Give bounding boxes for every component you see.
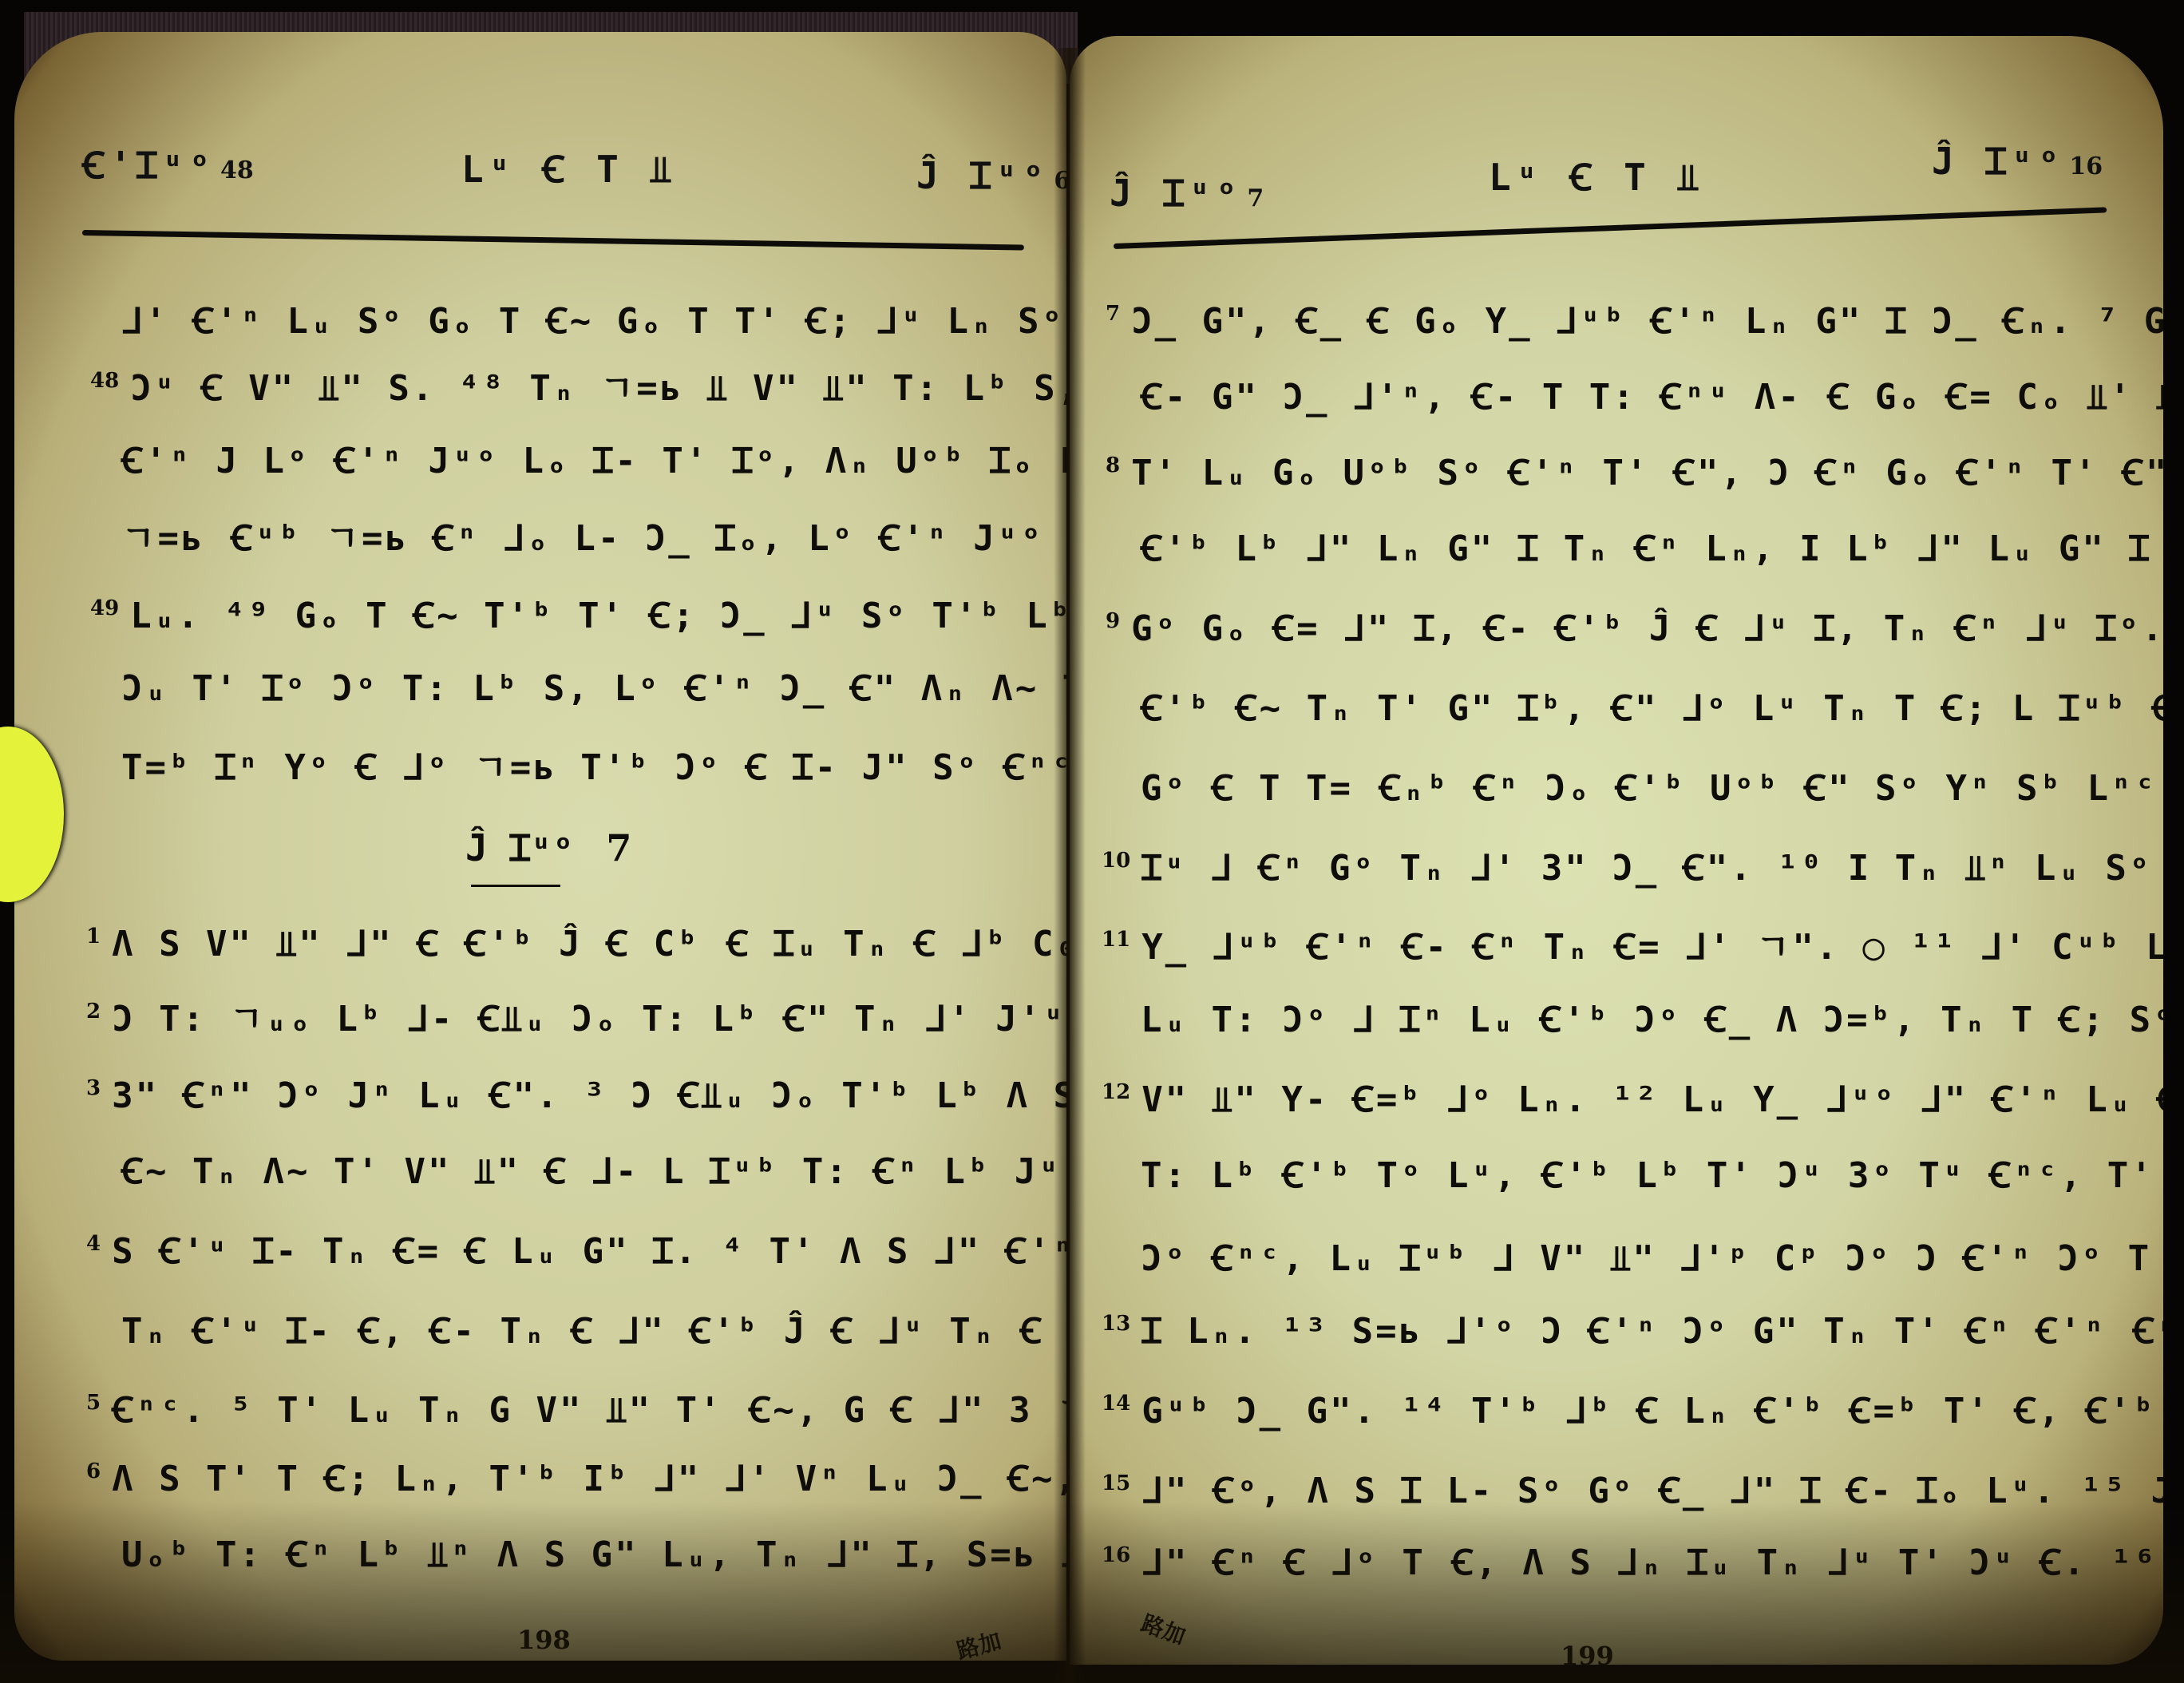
running-head-left: Ꞓ'Ɪᵘᵒ48 <box>82 140 254 189</box>
running-head-glyphs: Ĵ Ɪᵘᵒ <box>916 154 1049 197</box>
running-title: Lᵘ Ꞓ T ⫫ <box>1489 152 1703 201</box>
verse-line: 12V" ⫫" Y- Ꞓ=ᵇ ᒧᵒ Lₙ. ¹² Lᵤ Y_ ꟒ᒧᵘᵒ ᒧ" Ꞓ… <box>1102 1074 2163 1122</box>
verse-line: Lᵤ T: Ɔᵒ ᒧ Ɪⁿ Lᵤ Ꞓ'ᵇ Ɔᵒ Ꞓ_ Λ Ɔ=ᵇ, Tₙ T Ꞓ… <box>1130 994 2163 1042</box>
verse-line: Gᵒ Ꞓ T T= ꟒Ꞓₙᵇ Ꞓⁿ Ɔₒ Ꞓ'ᵇ Uᵒᵇ Ꞓ" Sᵒ Yⁿ Sᵇ… <box>1130 762 2163 810</box>
verse-line: 14Gᵘᵇ Ɔ_ G". ¹⁴ T'ᵇ ᒧᵇ Ꞓ Lₙ Ꞓ'ᵇ Ꞓ=ᵇ T' Ꞓ… <box>1102 1385 2163 1433</box>
verse-line: Ꞓ'ᵇ Lᵇ ᒧ" Lₙ G" Ɪ Tₙ Ꞓⁿ Lₙ, I Lᵇ ᒧ" Lᵤ G… <box>1130 523 2163 571</box>
running-head-glyphs: Ĵ Ɪᵘᵒ <box>1110 172 1242 215</box>
chapter-heading-rule <box>471 885 560 887</box>
left-page: Ꞓ'Ɪᵘᵒ48 Lᵘ Ꞓ T ⫫ Ĵ Ɪᵘᵒ6 ᒧ' Ꞓ'ⁿ Lᵤ Sᵒ Gₒ … <box>14 32 1066 1661</box>
verse-line: 4S Ꞓ'ᵘ Ɪ- Tₙ Ꞓ= Ꞓ Lᵤ G" Ɪ. ⁴ T' Λ S ᒧ" Ꞓ… <box>86 1226 1066 1273</box>
running-head-glyphs: Ꞓ'Ɪᵘᵒ <box>82 144 216 187</box>
text-line: T=ᵇ Ɪⁿ Yᵒ Ꞓ ᒧᵒ ㄱ=ь T'ᵇ Ɔᵒ Ꞓ Ɪ- J" Sᵒ Ꞓⁿᶜ… <box>110 739 1066 790</box>
running-head-left: Ĵ Ɪᵘᵒ7 <box>1110 168 1264 217</box>
book-gutter <box>1054 48 1086 1683</box>
page-bottom-shadow <box>0 1501 2184 1683</box>
running-head-right: Ĵ Ɪᵘᵒ16 <box>1932 136 2103 185</box>
right-page: Ĵ Ɪᵘᵒ7 Lᵘ Ꞓ T ⫫ Ĵ Ɪᵘᵒ16 7Ɔ_ G", Ꞓ_ Ꞓ Gₒ … <box>1070 36 2163 1665</box>
verse-line: 6Λ S T' T Ꞓ; Lₙ, T'ᵇ Iᵇ ᒧ" ᒧ' Vⁿ Lᵤ Ɔ_ Ꞓ… <box>86 1453 1066 1501</box>
chapter-heading-glyphs: Ĵ Ɪᵘᵒ <box>465 826 574 869</box>
verse-line: Tₙ Ꞓ'ᵘ Ɪ- ꟒Ꞓ, Ꞓ- Tₙ Ꞓ ᒧ" Ꞓ'ᵇ Ĵ Ꞓ ᒧᵘ Tₙ Ꞓ… <box>110 1305 1066 1353</box>
verse-line: 2Ɔ T: ㄱᵤₒ Lᵇ ᒧ- Ꞓ⫫ᵤ Ɔₒ T: Lᵇ Ꞓ" Tₙ ᒧ' J'… <box>86 990 1066 1041</box>
verse-line: 33" Ꞓⁿ" Ɔᵒ Jⁿ Lᵤ Ꞓ". ³ Ɔ Ꞓ⫫ᵤ Ɔₒ T'ᵇ Lᵇ Λ… <box>86 1070 1066 1118</box>
running-head-number: 16 <box>2069 152 2103 180</box>
verse-line: 8T' Lᵤ Gₒ Uᵒᵇ Sᵒ Ꞓ'ⁿ T' Ꞓ", Ɔ Ꞓⁿ Gₒ Ꞓ'ⁿ … <box>1106 447 2163 495</box>
verse-line: 11Y_ ᒧᵘᵇ Ꞓ'ⁿ Ꞓ- Ꞓⁿ Tₙ Ꞓ= ᒧ' ㄱ". ◯ ¹¹ ᒧ' … <box>1102 918 2163 969</box>
verse-line: 10Ɪᵘ ᒧ Ꞓⁿ Gᵒ Tₙ ᒧ' 3" Ɔ_ Ꞓ". ¹⁰ I Tₙ ⫫ⁿ … <box>1102 842 2163 890</box>
verse-line: Ꞓ'ᵇ Ꞓ~ Tₙ T' G" Ɪᵇ, Ꞓ" ᒧᵒ Lᵘ Tₙ T Ꞓ; L Ɪ… <box>1130 683 2163 731</box>
text-line: ㄱ=ь ꟒Ꞓᵘᵇ ㄱ=ь Ꞓⁿ ᒧₒ L- Ɔ_ Ɪₒ, Lᵒ Ꞓ'ⁿ Jᵘᵒ … <box>110 509 1066 560</box>
verse-line: Ꞓ~ Tₙ Λ~ T' V" ⫫" Ꞓ ᒧ- L Ɪᵘᵇ T: Ꞓⁿ Lᵇ Jᵘ… <box>110 1146 1066 1194</box>
text-line: Ꞓ'ⁿ J Lᵒ Ꞓ'ⁿ Jᵘᵒ Lₒ Ɪ- T' Ɪᵒ, Λₙ Uᵒᵇ Ɪₒ … <box>110 435 1066 483</box>
verse-line: 9Gᵒ Gₒ Ꞓ= ᒧ" Ɪ, Ꞓ- Ꞓ'ᵇ Ĵ Ꞓ ᒧᵘ Ɪ, Tₙ Ꞓⁿ ᒧ… <box>1106 603 2163 651</box>
book-title-glyphs: Lᵘ Ꞓ T ⫫ <box>461 148 675 191</box>
verse-line: 1Λ S V" ⫫" ᒧ" Ꞓ Ꞓ'ᵇ Ĵ Ꞓ Cᵇ ꟒Ꞓ Ɪᵤ Tₙ Ꞓ ᒧᵇ… <box>86 918 1066 966</box>
header-rule <box>82 230 1024 251</box>
verse-line: 5Ꞓⁿᶜ. ⁵ T' Lᵤ Tₙ G V" ⫫" T' ꟒Ꞓ~, G Ꞓ ᒧ" … <box>86 1381 1066 1432</box>
running-head-right: Ĵ Ɪᵘᵒ6 <box>916 150 1066 200</box>
running-head-glyphs: Ĵ Ɪᵘᵒ <box>1932 140 2064 183</box>
text-line: Ɔᵤ T' Ɪᵒ Ɔᵒ T: Lᵇ S, Lᵒ Ꞓ'ⁿ Ɔ_ Ꞓ" Λₙ Λ~ … <box>110 663 1066 711</box>
chapter-heading: Ĵ Ɪᵘᵒ7 <box>465 822 631 872</box>
running-head-number: 7 <box>1247 184 1264 212</box>
running-title: Lᵘ Ꞓ T ⫫ <box>461 144 675 193</box>
verse-line: 13Ɪ Lₙ. ¹³ S=ь ᒧ'ᵒ Ɔ Ꞓ'ⁿ Ɔᵒ G" Tₙ T' Ꞓⁿ … <box>1102 1305 2163 1353</box>
text-line: 49Lᵤ. ⁴⁹ Gₒ T Ꞓ~ T'ᵇ T' Ꞓ; Ɔ_ ᒧᵘ Sᵒ T'ᵇ … <box>90 587 1066 638</box>
verse-line: Ɔᵒ Ꞓⁿᶜ, Lᵤ Ɪᵘᵇ ᒧ V" ⫫" ᒧ'ᵖ Cᵖ Ɔᵒ Ɔ Ꞓ'ⁿ Ɔ… <box>1130 1230 2163 1281</box>
verse-line: 7Ɔ_ G", Ꞓ_ Ꞓ Gₒ Y_ ᒧᵘᵇ Ꞓ'ⁿ Lₙ G" Ɪ Ɔ_ Ꞓₙ… <box>1106 295 2163 343</box>
book-title-glyphs: Lᵘ Ꞓ T ⫫ <box>1489 156 1703 199</box>
chapter-number: 7 <box>606 826 631 869</box>
verse-line: Ꞓ- G" Ɔ_ ᒧ'ⁿ, Ꞓ- T T: Ꞓⁿᵘ Λ- ꟒Ꞓ Gₒ Ꞓ= Cₒ… <box>1130 371 2163 419</box>
verse-line: T: Lᵇ Ꞓ'ᵇ Tᵒ Lᵘ, Ꞓ'ᵇ Lᵇ T' Ɔᵘ 3ᵒ Tᵘ Ꞓⁿᶜ,… <box>1130 1150 2163 1198</box>
text-line: 48Ɔᵘ Ꞓ V" ⫫" S. ⁴⁸ Tₙ ㄱ=ь ⫫ V" ⫫" T: Lᵇ … <box>90 359 1066 410</box>
running-head-number: 48 <box>220 156 254 184</box>
text-line: ᒧ' Ꞓ'ⁿ Lᵤ Sᵒ Gₒ T Ꞓ~ Gₒ T T' Ꞓ; ᒧᵘ Lₙ Sᵒ… <box>110 295 1066 343</box>
